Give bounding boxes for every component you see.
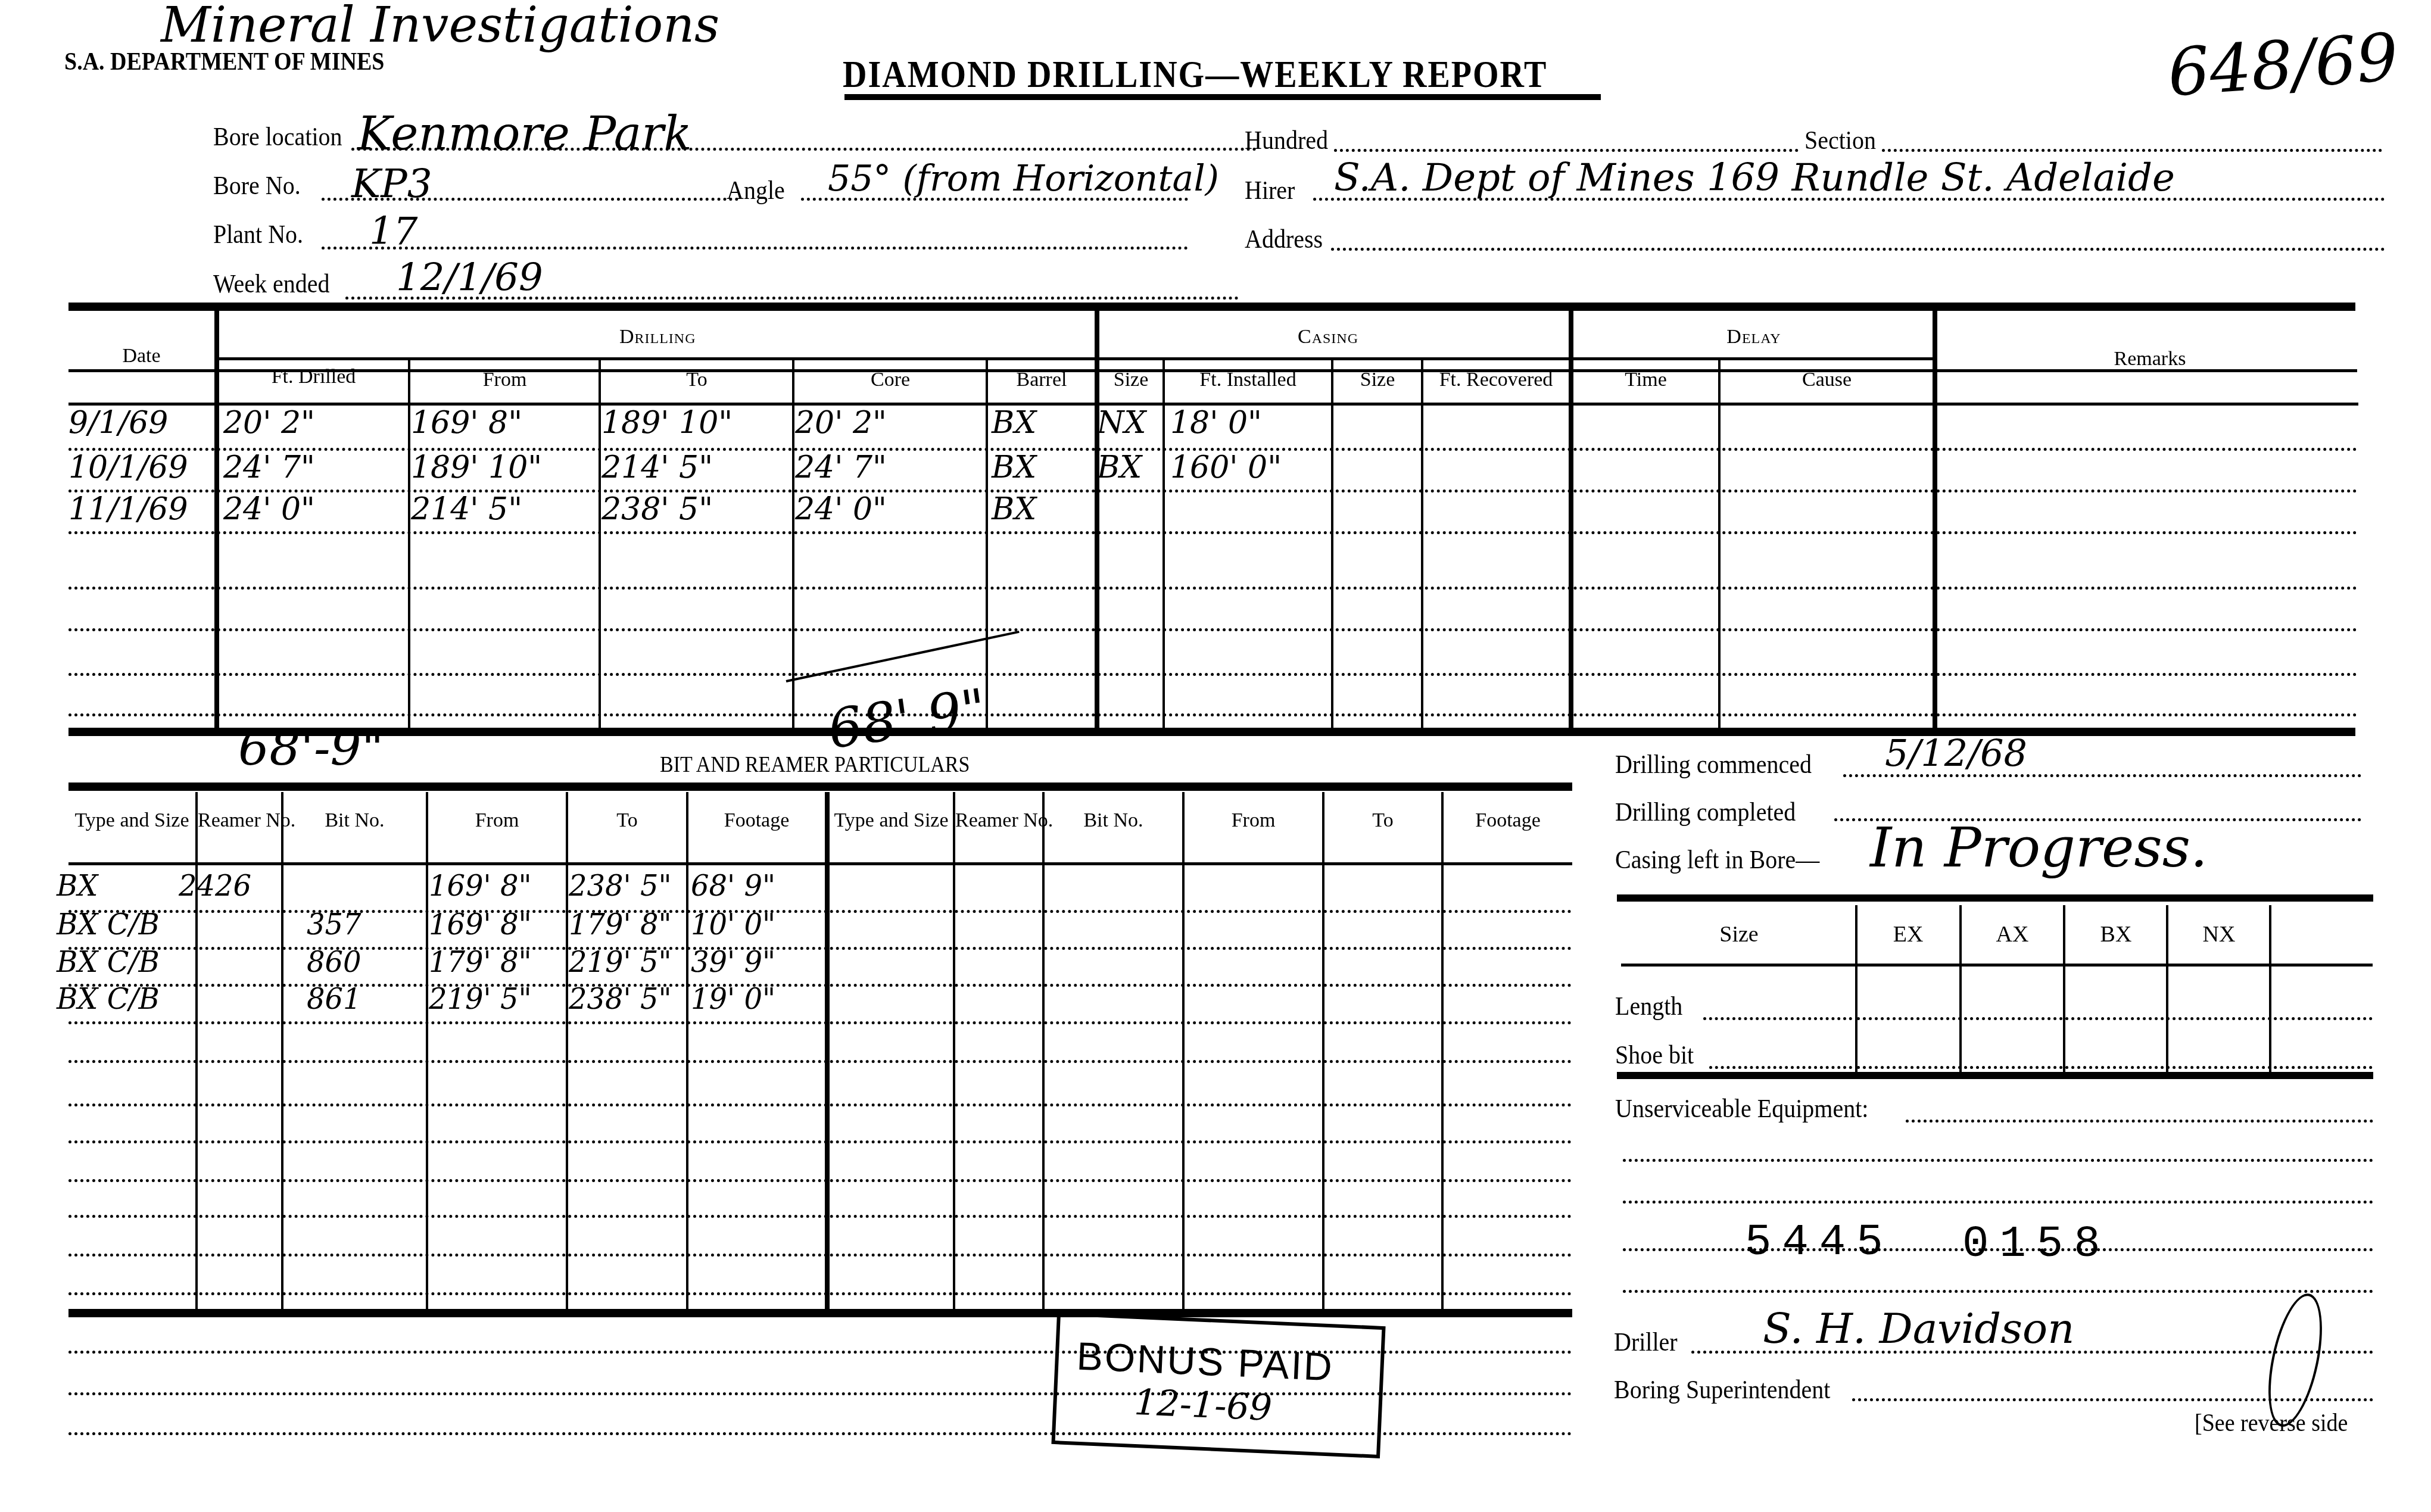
table-row: 11/1/6924' 0"214' 5"238' 5"24' 0"BX <box>0 491 2382 533</box>
cell-bit-no[interactable]: 357 <box>307 908 361 942</box>
address-line[interactable] <box>1331 248 2385 251</box>
ft-installed-header: Ft. Installed <box>1165 369 1331 391</box>
cell-to[interactable]: 214' 5" <box>601 450 713 485</box>
bit-reamer-title: BIT AND REAMER PARTICULARS <box>660 752 970 778</box>
drilling-commenced-label: Drilling commenced <box>1615 748 1812 780</box>
bit-col-header: Footage <box>688 810 825 831</box>
see-reverse-note: [See reverse side <box>2195 1408 2348 1438</box>
bore-no-label: Bore No. <box>213 169 301 201</box>
cause-header: Cause <box>1721 369 1933 391</box>
angle-value[interactable]: 55° (from Horizontal) <box>828 158 1219 199</box>
driller-label: Driller <box>1614 1326 1678 1357</box>
boring-superintendent-label: Boring Superintendent <box>1614 1373 1830 1405</box>
department-name: S.A. DEPARTMENT OF MINES <box>64 47 384 76</box>
hundred-label: Hundred <box>1245 124 1328 155</box>
casing-size-header: Size <box>1099 369 1162 391</box>
main-table-top-rule <box>68 303 2355 311</box>
stamped-number-1: 5445 <box>1745 1218 1894 1268</box>
length-label: Length <box>1615 990 1682 1021</box>
cell-footage[interactable]: 19' 0" <box>691 983 775 1016</box>
casing-size-header: AX <box>1962 923 2063 947</box>
cell-to[interactable]: 189' 10" <box>601 405 733 441</box>
from-header: From <box>411 369 599 391</box>
unserviceable-line[interactable] <box>1623 1201 2373 1204</box>
drilling-completed-label: Drilling completed <box>1615 796 1796 827</box>
cell-date[interactable]: 11/1/69 <box>68 491 188 527</box>
bit-col-header-right: Bit No. <box>1045 810 1182 831</box>
drilling-group-header: Drilling <box>619 326 691 348</box>
drilling-commenced-value[interactable]: 5/12/68 <box>1885 731 2027 775</box>
plant-no-line <box>322 247 1188 250</box>
cell-ft-drilled[interactable]: 24' 0" <box>223 491 315 527</box>
cell-to[interactable]: 219' 5" <box>569 946 672 979</box>
date-header-rule <box>68 369 214 372</box>
bit-col-header: Type and Size <box>68 810 195 831</box>
cell-type-size[interactable]: BX C/B <box>57 983 160 1016</box>
cell-type-size[interactable]: BX C/B <box>57 908 160 942</box>
row-line <box>68 713 2358 716</box>
bit-col-header-right: Reamer No. <box>955 810 1042 831</box>
cell-type-size[interactable]: BX C/B <box>57 946 160 979</box>
unserviceable-line[interactable] <box>1906 1120 2373 1123</box>
cell-barrel[interactable]: BX <box>992 491 1036 527</box>
section-line[interactable] <box>1882 149 2382 152</box>
shoe-bit-cells-line[interactable] <box>1857 1066 2373 1069</box>
bore-no-value[interactable]: KP3 <box>351 161 432 207</box>
cell-from[interactable]: 169' 8" <box>429 869 532 903</box>
cell-ft-installed[interactable]: 160' 0" <box>1170 450 1282 485</box>
cell-ft-drilled[interactable]: 24' 7" <box>223 450 315 485</box>
table-row: BX C/B861219' 5"238' 5"19' 0" <box>0 983 834 1020</box>
cell-core[interactable]: 24' 0" <box>795 491 887 527</box>
divider <box>1042 792 1045 1309</box>
table-row: 9/1/6920' 2"169' 8"189' 10"20' 2"BXNX18'… <box>0 405 2382 447</box>
reference-number: 648/69 <box>2165 19 2401 111</box>
stamp-text: BONUS PAID <box>1076 1333 1335 1390</box>
cell-reamer-no[interactable]: 2426 <box>179 869 251 903</box>
bit-reamer-bottom-rule <box>68 1309 1572 1317</box>
casing-size-label: Size <box>1623 923 1855 947</box>
cell-ft-drilled[interactable]: 20' 2" <box>223 405 315 441</box>
cell-to[interactable]: 238' 5" <box>569 869 672 903</box>
bit-col-header: Bit No. <box>283 810 426 831</box>
row-line <box>68 1215 1572 1218</box>
driller-signature[interactable]: S. H. Davidson <box>1763 1304 2074 1353</box>
total-core: 68' 9" <box>824 677 990 761</box>
hirer-value[interactable]: S.A. Dept of Mines 169 Rundle St. Adelai… <box>1334 156 2175 200</box>
bit-header-rule <box>68 862 1572 865</box>
barrel-header: Barrel <box>989 369 1095 391</box>
mineral-investigations-annotation: Mineral Investigations <box>161 0 719 54</box>
plant-no-label: Plant No. <box>213 218 303 250</box>
cell-casing-size[interactable]: NX <box>1097 405 1146 441</box>
cell-type-size[interactable]: BX <box>57 869 98 903</box>
delay-group-rule <box>1573 357 1933 360</box>
cell-from[interactable]: 169' 8" <box>429 908 532 942</box>
unserviceable-label: Unserviceable Equipment: <box>1615 1092 1868 1124</box>
bit-reamer-top-rule <box>68 783 1572 791</box>
ft-recovered-header: Ft. Recovered <box>1423 369 1569 391</box>
shoe-bit-line <box>1709 1066 1852 1069</box>
row-line <box>68 1179 1572 1182</box>
delay-group-header: Delay <box>1721 326 1787 348</box>
row-line <box>68 673 2358 676</box>
cell-from[interactable]: 189' 10" <box>411 450 542 485</box>
bit-col-header: To <box>568 810 686 831</box>
cell-from[interactable]: 219' 5" <box>429 983 532 1016</box>
length-cells-line[interactable] <box>1857 1017 2373 1020</box>
casing-size-header: BX <box>2065 923 2167 947</box>
title-underline <box>844 94 1601 100</box>
casing-group-rule <box>1099 357 1569 360</box>
shoe-bit-label: Shoe bit <box>1615 1039 1694 1070</box>
table-row: BX C/B357169' 8"179' 8"10' 0" <box>0 908 834 945</box>
casing-left-value[interactable]: In Progress. <box>1870 816 2208 880</box>
casing-table-top-rule <box>1617 894 2373 902</box>
angle-label: Angle <box>727 174 785 205</box>
bit-col-header: From <box>428 810 566 831</box>
bit-col-header-right: Type and Size <box>830 810 953 831</box>
total-ft-drilled: 68'-9" <box>238 721 384 777</box>
unserviceable-line[interactable] <box>1623 1290 2373 1293</box>
address-label: Address <box>1245 223 1323 254</box>
cell-bit-no[interactable]: 860 <box>307 946 361 979</box>
row-line <box>68 1292 1572 1295</box>
table-row: BX C/B860179' 8"219' 5"39' 9" <box>0 946 834 983</box>
table-row: BX2426169' 8"238' 5"68' 9" <box>0 869 834 906</box>
hirer-label: Hirer <box>1245 174 1295 205</box>
divider <box>1322 792 1324 1309</box>
week-ended-value[interactable]: 12/1/69 <box>396 256 543 300</box>
cell-ft-installed[interactable]: 18' 0" <box>1170 405 1262 441</box>
casing-left-label: Casing left in Bore— <box>1615 843 1819 875</box>
casing-table-bottom-rule <box>1617 1072 2373 1079</box>
row-line <box>68 587 2358 590</box>
cell-bit-no[interactable]: 861 <box>307 983 361 1016</box>
bit-col-header: Reamer No. <box>198 810 281 831</box>
cell-to[interactable]: 179' 8" <box>569 908 672 942</box>
bit-col-header-right: Footage <box>1444 810 1572 831</box>
bonus-paid-stamp: BONUS PAID 12-1-69 <box>1051 1312 1385 1458</box>
time-header: Time <box>1573 369 1718 391</box>
recovered-size-header: Size <box>1334 369 1421 391</box>
cell-date[interactable]: 10/1/69 <box>68 450 188 485</box>
row-line <box>68 628 2358 631</box>
row-line <box>68 1103 1572 1106</box>
core-header: Core <box>795 369 986 391</box>
cell-core[interactable]: 20' 2" <box>795 405 887 441</box>
divider <box>1441 792 1444 1309</box>
page-title: DIAMOND DRILLING—WEEKLY REPORT <box>843 52 1547 96</box>
bore-location-label: Bore location <box>213 120 342 152</box>
cell-core[interactable]: 24' 7" <box>795 450 887 485</box>
drilling-group-rule <box>219 357 1095 360</box>
row-line <box>68 1021 1572 1024</box>
cell-footage[interactable]: 10' 0" <box>691 908 775 942</box>
row-line <box>68 1254 1572 1257</box>
stamp-date: 12-1-69 <box>1133 1382 1273 1429</box>
week-ended-label: Week ended <box>213 267 330 299</box>
casing-size-header: NX <box>2168 923 2270 947</box>
plant-no-value[interactable]: 17 <box>369 210 417 254</box>
bit-col-header-right: To <box>1324 810 1441 831</box>
date-header: Date <box>71 345 211 367</box>
bore-location-value[interactable]: Kenmore Park <box>357 107 692 161</box>
cell-date[interactable]: 9/1/69 <box>68 405 168 441</box>
cell-from[interactable]: 214' 5" <box>411 491 522 527</box>
casing-group-header: Casing <box>1292 326 1364 348</box>
hundred-line[interactable] <box>1334 149 1799 152</box>
cell-casing-size[interactable]: BX <box>1097 450 1142 485</box>
cell-footage[interactable]: 68' 9" <box>691 869 775 903</box>
row-line <box>68 1060 1572 1063</box>
cell-to[interactable]: 238' 5" <box>569 983 672 1016</box>
bit-col-header-right: From <box>1185 810 1322 831</box>
divider <box>953 792 955 1309</box>
casing-table-header-rule <box>1621 964 2373 967</box>
unserviceable-line[interactable] <box>1623 1159 2373 1162</box>
cell-footage[interactable]: 39' 9" <box>691 946 775 979</box>
cell-from[interactable]: 169' 8" <box>411 405 522 441</box>
length-line <box>1703 1017 1852 1020</box>
casing-size-header: EX <box>1857 923 1959 947</box>
cell-to[interactable]: 238' 5" <box>601 491 713 527</box>
cell-from[interactable]: 179' 8" <box>429 946 532 979</box>
cell-barrel[interactable]: BX <box>992 450 1036 485</box>
stamped-number-2: 0158 <box>1962 1220 2111 1270</box>
divider <box>1182 792 1185 1309</box>
row-line <box>68 1140 1572 1143</box>
ft-drilled-header: Ft. Drilled <box>219 366 408 388</box>
section-label: Section <box>1804 124 1876 155</box>
to-header: To <box>601 369 792 391</box>
table-row: 10/1/6924' 7"189' 10"214' 5"24' 7"BXBX16… <box>0 450 2382 491</box>
cell-barrel[interactable]: BX <box>992 405 1036 441</box>
remarks-header: Remarks <box>1965 348 2335 370</box>
